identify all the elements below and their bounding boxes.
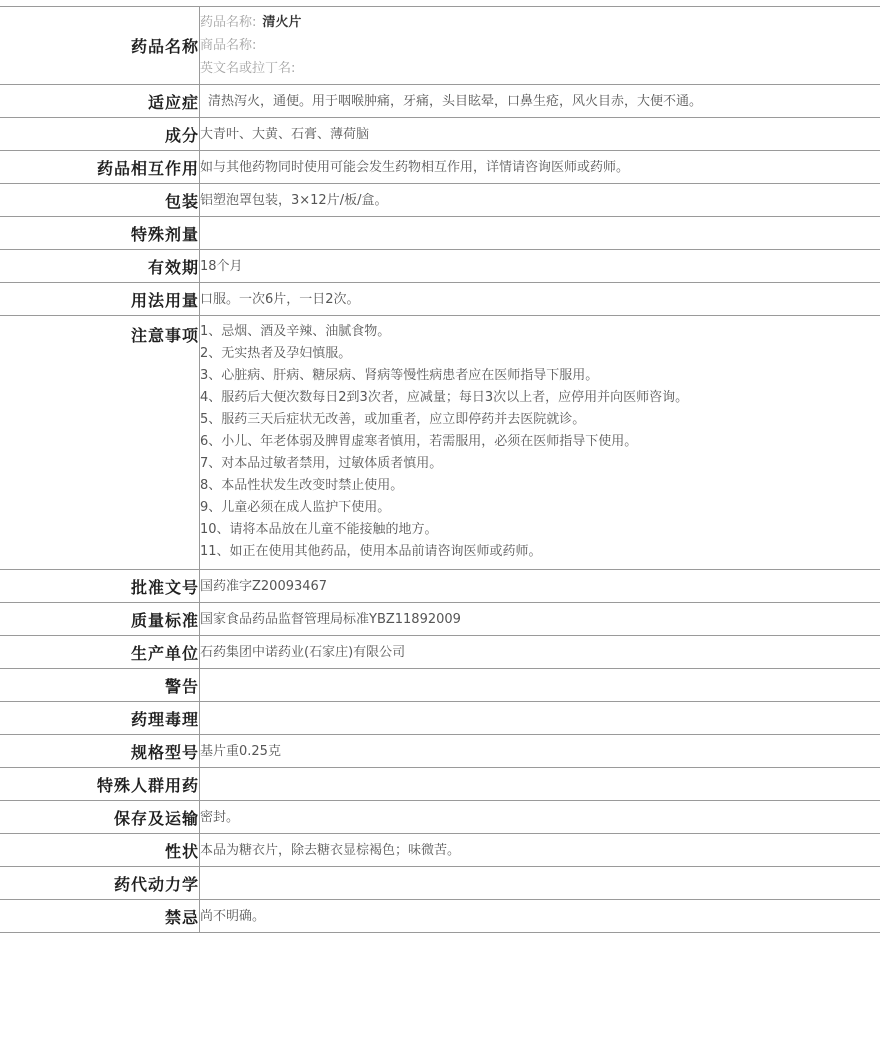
table-row: 规格型号 基片重0.25克 [0,735,880,768]
row-value [200,702,880,735]
table-row: 药代动力学 [0,867,880,900]
drug-name-key: 药品名称: [200,15,256,30]
table-row: 药理毒理 [0,702,880,735]
row-label: 生产单位 [0,636,200,669]
row-value: 如与其他药物同时使用可能会发生药物相互作用，详情请咨询医师或药师。 [200,151,880,184]
row-label: 保存及运输 [0,801,200,834]
row-label: 规格型号 [0,735,200,768]
row-value: 国家食品药品监督管理局标准YBZ11892009 [200,603,880,636]
table-row: 质量标准 国家食品药品监督管理局标准YBZ11892009 [0,603,880,636]
row-value: 清热泻火，通便。用于咽喉肿痛，牙痛，头目眩晕，口鼻生疮，风火目赤，大便不通。 [200,85,880,118]
row-value [200,768,880,801]
row-value: 18个月 [200,250,880,283]
row-value [200,217,880,250]
table-row: 特殊剂量 [0,217,880,250]
row-label: 有效期 [0,250,200,283]
precaution-item: 9、儿童必须在成人监护下使用。 [200,497,880,519]
latin-name-line: 英文名或拉丁名: [200,57,880,80]
trade-name-key: 商品名称: [200,38,256,53]
precaution-item: 11、如正在使用其他药品，使用本品前请咨询医师或药师。 [200,541,880,563]
table-row: 批准文号 国药准字Z20093467 [0,570,880,603]
row-label: 性状 [0,834,200,867]
drug-info-table: 药品名称 药品名称:清火片 商品名称: 英文名或拉丁名: 适应症 清热泻火，通便… [0,6,880,933]
table-row: 有效期 18个月 [0,250,880,283]
row-value: 密封。 [200,801,880,834]
drug-name-line: 药品名称:清火片 [200,11,880,34]
row-label: 药品名称 [0,7,200,85]
row-value: 药品名称:清火片 商品名称: 英文名或拉丁名: [200,7,880,85]
row-value [200,867,880,900]
table-row: 警告 [0,669,880,702]
trade-name-line: 商品名称: [200,34,880,57]
row-label: 特殊人群用药 [0,768,200,801]
precaution-item: 1、忌烟、酒及辛辣、油腻食物。 [200,321,880,343]
row-label: 注意事项 [0,316,200,570]
precaution-item: 3、心脏病、肝病、糖尿病、肾病等慢性病患者应在医师指导下服用。 [200,365,880,387]
row-value: 尚不明确。 [200,900,880,933]
table-row: 用法用量 口服。一次6片，一日2次。 [0,283,880,316]
row-value: 石药集团中诺药业(石家庄)有限公司 [200,636,880,669]
row-label: 药理毒理 [0,702,200,735]
table-row: 性状 本品为糖衣片，除去糖衣显棕褐色；味微苦。 [0,834,880,867]
row-label: 用法用量 [0,283,200,316]
row-label: 质量标准 [0,603,200,636]
precaution-item: 6、小儿、年老体弱及脾胃虚寒者慎用，若需服用，必须在医师指导下使用。 [200,431,880,453]
row-label: 药代动力学 [0,867,200,900]
row-label: 禁忌 [0,900,200,933]
table-row: 药品名称 药品名称:清火片 商品名称: 英文名或拉丁名: [0,7,880,85]
precaution-item: 10、请将本品放在儿童不能接触的地方。 [200,519,880,541]
row-label: 包装 [0,184,200,217]
row-label: 特殊剂量 [0,217,200,250]
table-row: 适应症 清热泻火，通便。用于咽喉肿痛，牙痛，头目眩晕，口鼻生疮，风火目赤，大便不… [0,85,880,118]
row-label: 适应症 [0,85,200,118]
latin-name-key: 英文名或拉丁名: [200,61,295,76]
table-row: 包装 铝塑泡罩包装，3×12片/板/盒。 [0,184,880,217]
table-row-precautions: 注意事项 1、忌烟、酒及辛辣、油腻食物。 2、无实热者及孕妇慎服。 3、心脏病、… [0,316,880,570]
row-value: 国药准字Z20093467 [200,570,880,603]
row-value: 口服。一次6片，一日2次。 [200,283,880,316]
row-value: 1、忌烟、酒及辛辣、油腻食物。 2、无实热者及孕妇慎服。 3、心脏病、肝病、糖尿… [200,316,880,570]
row-value: 铝塑泡罩包装，3×12片/板/盒。 [200,184,880,217]
drug-info-page: 药品名称 药品名称:清火片 商品名称: 英文名或拉丁名: 适应症 清热泻火，通便… [0,0,880,1050]
precaution-item: 2、无实热者及孕妇慎服。 [200,343,880,365]
precaution-item: 7、对本品过敏者禁用，过敏体质者慎用。 [200,453,880,475]
row-label: 成分 [0,118,200,151]
row-label: 批准文号 [0,570,200,603]
row-label: 药品相互作用 [0,151,200,184]
precaution-item: 8、本品性状发生改变时禁止使用。 [200,475,880,497]
drug-name-value: 清火片 [262,15,301,30]
row-value: 本品为糖衣片，除去糖衣显棕褐色；味微苦。 [200,834,880,867]
row-value [200,669,880,702]
table-row: 成分 大青叶、大黄、石膏、薄荷脑 [0,118,880,151]
table-row: 禁忌 尚不明确。 [0,900,880,933]
row-label: 警告 [0,669,200,702]
table-row: 特殊人群用药 [0,768,880,801]
precaution-item: 4、服药后大便次数每日2到3次者，应减量；每日3次以上者，应停用并向医师咨询。 [200,387,880,409]
precaution-item: 5、服药三天后症状无改善，或加重者，应立即停药并去医院就诊。 [200,409,880,431]
table-row: 药品相互作用 如与其他药物同时使用可能会发生药物相互作用，详情请咨询医师或药师。 [0,151,880,184]
table-row: 生产单位 石药集团中诺药业(石家庄)有限公司 [0,636,880,669]
table-row: 保存及运输 密封。 [0,801,880,834]
row-value: 基片重0.25克 [200,735,880,768]
row-value: 大青叶、大黄、石膏、薄荷脑 [200,118,880,151]
